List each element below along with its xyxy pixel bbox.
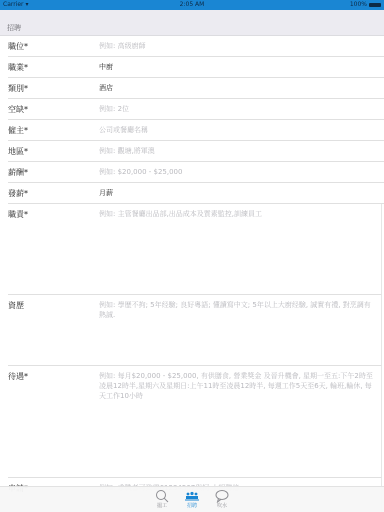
tab-label: 招聘 <box>177 503 207 510</box>
people-icon <box>177 489 207 503</box>
employer-input[interactable]: 公司或餐廳名稱 <box>99 125 148 135</box>
field-duties[interactable]: 職責* 例如: 主管餐廳出品部,出品成本及質素監控,訓練員工 <box>8 204 382 295</box>
clock: 2:05 AM <box>0 0 384 10</box>
section-title: 招聘 <box>7 23 21 33</box>
field-label: 待遇* <box>8 371 28 382</box>
field-label: 職責* <box>8 209 28 220</box>
occupation-select[interactable]: 中廚 <box>99 62 113 72</box>
duties-textarea[interactable]: 例如: 主管餐廳出品部,出品成本及質素監控,訓練員工 <box>99 209 377 219</box>
qualifications-textarea[interactable]: 例如: 學歷不拘; 5年经驗; 良好粵語; 懂讀寫中文; 5年以上大廚经驗, 誠… <box>99 300 377 320</box>
section-header: 招聘 <box>0 10 384 36</box>
position-input[interactable]: 例如: 高级廚師 <box>99 41 146 51</box>
field-label: 空缺* <box>8 104 28 115</box>
tab-chat[interactable]: 吹水 <box>207 489 237 510</box>
district-input[interactable]: 例如: 觀塘,將軍澳 <box>99 146 155 156</box>
field-salary[interactable]: 薪酬* 例如: $20,000 - $25,000 <box>8 162 384 183</box>
search-icon <box>147 489 177 503</box>
field-occupation[interactable]: 職業* 中廚 <box>8 57 384 78</box>
field-benefits[interactable]: 待遇* 例如: 每月$20,000 - $25,000, 有供膳食, 營業獎金 … <box>8 366 382 478</box>
recruit-form: 職位* 例如: 高级廚師 職業* 中廚 類別* 酒店 空缺* 例如: 2位 僱主… <box>0 36 384 512</box>
field-label: 職位* <box>8 41 28 52</box>
field-qualifications[interactable]: 資歷 例如: 學歷不拘; 5年经驗; 良好粵語; 懂讀寫中文; 5年以上大廚经驗… <box>8 295 382 366</box>
field-vacancy[interactable]: 空缺* 例如: 2位 <box>8 99 384 120</box>
field-label: 類別* <box>8 83 28 94</box>
field-label: 地區* <box>8 146 28 157</box>
field-label: 資歷 <box>8 300 24 311</box>
salary-input[interactable]: 例如: $20,000 - $25,000 <box>99 167 182 177</box>
field-label: 僱主* <box>8 125 28 136</box>
field-pay-period[interactable]: 發薪* 月薪 <box>8 183 384 204</box>
benefits-textarea[interactable]: 例如: 每月$20,000 - $25,000, 有供膳食, 營業獎金 及晉升機… <box>99 371 377 401</box>
vacancy-input[interactable]: 例如: 2位 <box>99 104 129 114</box>
tab-find-job[interactable]: 搵工 <box>147 489 177 510</box>
field-position[interactable]: 職位* 例如: 高级廚師 <box>8 36 384 57</box>
field-label: 發薪* <box>8 188 28 199</box>
pay-period-select[interactable]: 月薪 <box>99 188 113 198</box>
battery-indicator: 100% <box>350 0 381 10</box>
status-bar: Carrier ▾ 2:05 AM 100% <box>0 0 384 10</box>
field-district[interactable]: 地區* 例如: 觀塘,將軍澳 <box>8 141 384 162</box>
tab-label: 搵工 <box>147 503 177 510</box>
category-select[interactable]: 酒店 <box>99 83 113 93</box>
tab-bar: 搵工 招聘 吹水 <box>0 486 384 512</box>
battery-icon <box>369 3 381 7</box>
tab-label: 吹水 <box>207 503 237 510</box>
battery-percent: 100% <box>350 0 367 10</box>
chat-bubble-icon <box>207 489 237 503</box>
field-label: 薪酬* <box>8 167 28 178</box>
field-label: 職業* <box>8 62 28 73</box>
tab-recruit[interactable]: 招聘 <box>177 489 207 510</box>
field-category[interactable]: 類別* 酒店 <box>8 78 384 99</box>
field-employer[interactable]: 僱主* 公司或餐廳名稱 <box>8 120 384 141</box>
